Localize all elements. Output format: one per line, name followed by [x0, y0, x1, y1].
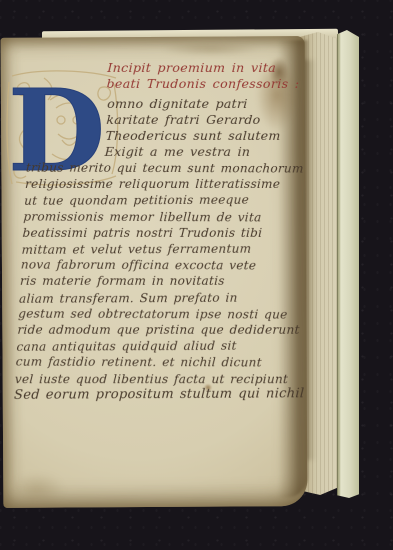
rubric-line: beati Trudonis confessoris : — [106, 76, 307, 92]
rubric-line: Incipit proemium in vita — [107, 60, 308, 76]
text-line: Sed eorum propositum stultum qui nichil — [14, 386, 297, 404]
text-line: karitate fratri Gerardo — [106, 112, 307, 128]
text-line: cum fastidio retinent. et nichil dicunt — [15, 354, 298, 371]
text-line: ride admodum que pristina que dediderunt — [17, 322, 300, 338]
body-text-block: tribus merito qui tecum sunt monachorum … — [14, 160, 309, 403]
text-line: omno dignitate patri — [107, 96, 308, 112]
text-line: ut tue quondam petitionis meeque — [24, 192, 307, 210]
text-line: tribus merito qui tecum sunt monachorum — [26, 160, 309, 177]
text-line: Exigit a me vestra in — [104, 144, 305, 160]
book-cover-edge — [337, 30, 359, 498]
text-line: vel iuste quod libentius facta ut recipi… — [14, 371, 297, 387]
opening-text-block: omno dignitate patri karitate fratri Ger… — [104, 96, 307, 160]
text-line: cana antiquitas quidquid aliud sit — [16, 337, 299, 355]
text-line: gestum sed obtrectatorum ipse nosti que — [18, 305, 301, 322]
text-line: aliam transferam. Sum prefato in — [19, 289, 302, 307]
photo-background: Incipit proemium in vita beati Trudonis … — [0, 0, 393, 550]
text-line: beatissimi patris nostri Trudonis tibi — [22, 225, 305, 241]
text-line: religiosissime reliquorum litteratissime — [25, 176, 308, 192]
text-line: ris materie formam in novitatis — [20, 273, 303, 289]
text-line: nova fabrorum officina excocta vete — [20, 257, 303, 274]
text-line: promissionis memor libellum de vita — [23, 208, 306, 225]
text-line: Theodericus sunt salutem — [105, 128, 306, 144]
text-line: mittam et velut vetus ferramentum — [21, 240, 304, 258]
rubric-heading: Incipit proemium in vita beati Trudonis … — [106, 60, 308, 91]
